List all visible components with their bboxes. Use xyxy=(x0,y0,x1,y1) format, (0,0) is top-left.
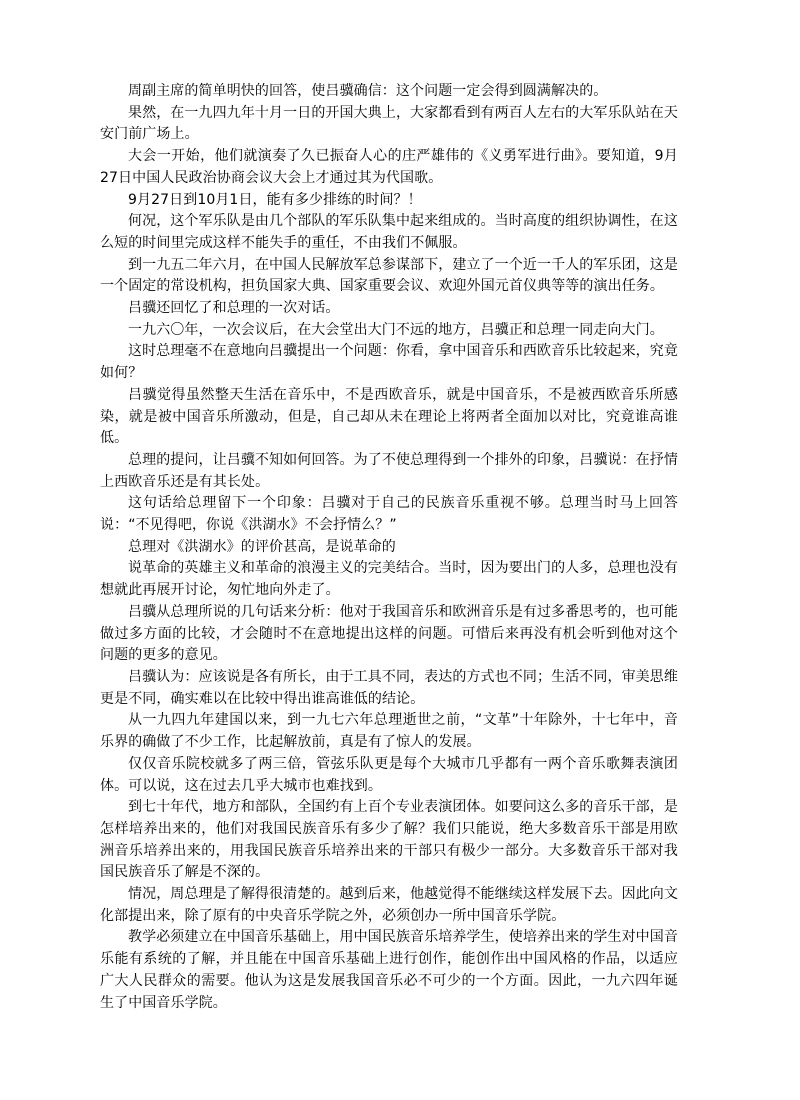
paragraph: 吕骥从总理所说的几句话来分析：他对于我国音乐和欧洲音乐是有过多番思考的，也可能做… xyxy=(100,602,678,667)
paragraph: 一九六〇年，一次会议后，在大会堂出大门不远的地方，吕骥正和总理一同走向大门。 xyxy=(100,320,678,342)
paragraph: 到一九五二年六月，在中国人民解放军总参谋部下，建立了一个近一千人的军乐团，这是一… xyxy=(100,255,678,298)
paragraph: 何况，这个军乐队是由几个部队的军乐队集中起来组成的。当时高度的组织协调性，在这么… xyxy=(100,211,678,254)
paragraph: 周副主席的简单明快的回答，使吕骥确信：这个问题一定会得到圆满解决的。 xyxy=(100,81,678,103)
paragraph: 这句话给总理留下一个印象：吕骥对于自己的民族音乐重视不够。总理当时马上回答说：“… xyxy=(100,493,678,536)
paragraph: 教学必须建立在中国音乐基础上，用中国民族音乐培养学生，使培养出来的学生对中国音乐… xyxy=(100,927,678,1014)
paragraph: 总理的提问，让吕骥不知如何回答。为了不使总理得到一个排外的印象，吕骥说：在抒情上… xyxy=(100,450,678,493)
paragraph: 吕骥认为：应该说是各有所长，由于工具不同，表达的方式也不同；生活不同，审美思维更… xyxy=(100,667,678,710)
paragraph: 说革命的英雄主义和革命的浪漫主义的完美结合。当时，因为要出门的人多，总理也没有想… xyxy=(100,558,678,601)
paragraph: 到七十年代，地方和部队，全国约有上百个专业表演团体。如要问这么多的音乐干部，是怎… xyxy=(100,797,678,884)
paragraph: 9月27日到10月1日，能有多少排练的时间？！ xyxy=(100,190,678,212)
paragraph: 总理对《洪湖水》的评价甚高，是说革命的 xyxy=(100,537,678,559)
paragraph: 从一九四九年建国以来，到一九七六年总理逝世之前，“文革”十年除外，十七年中，音乐… xyxy=(100,710,678,753)
paragraph: 吕骥觉得虽然整天生活在音乐中，不是西欧音乐，就是中国音乐，不是被西欧音乐所感染，… xyxy=(100,385,678,450)
document-page: 周副主席的简单明快的回答，使吕骥确信：这个问题一定会得到圆满解决的。 果然，在一… xyxy=(100,81,678,1014)
paragraph: 大会一开始，他们就演奏了久已振奋人心的庄严雄伟的《义勇军进行曲》。要知道，9月2… xyxy=(100,146,678,189)
paragraph: 吕骥还回忆了和总理的一次对话。 xyxy=(100,298,678,320)
paragraph: 这时总理毫不在意地向吕骥提出一个问题：你看，拿中国音乐和西欧音乐比较起来，究竟如… xyxy=(100,341,678,384)
paragraph: 仅仅音乐院校就多了两三倍，管弦乐队更是每个大城市几乎都有一两个音乐歌舞表演团体。… xyxy=(100,754,678,797)
paragraph: 果然，在一九四九年十月一日的开国大典上，大家都看到有两百人左右的大军乐队站在天安… xyxy=(100,103,678,146)
paragraph: 情况，周总理是了解得很清楚的。越到后来，他越觉得不能继续这样发展下去。因此向文化… xyxy=(100,884,678,927)
